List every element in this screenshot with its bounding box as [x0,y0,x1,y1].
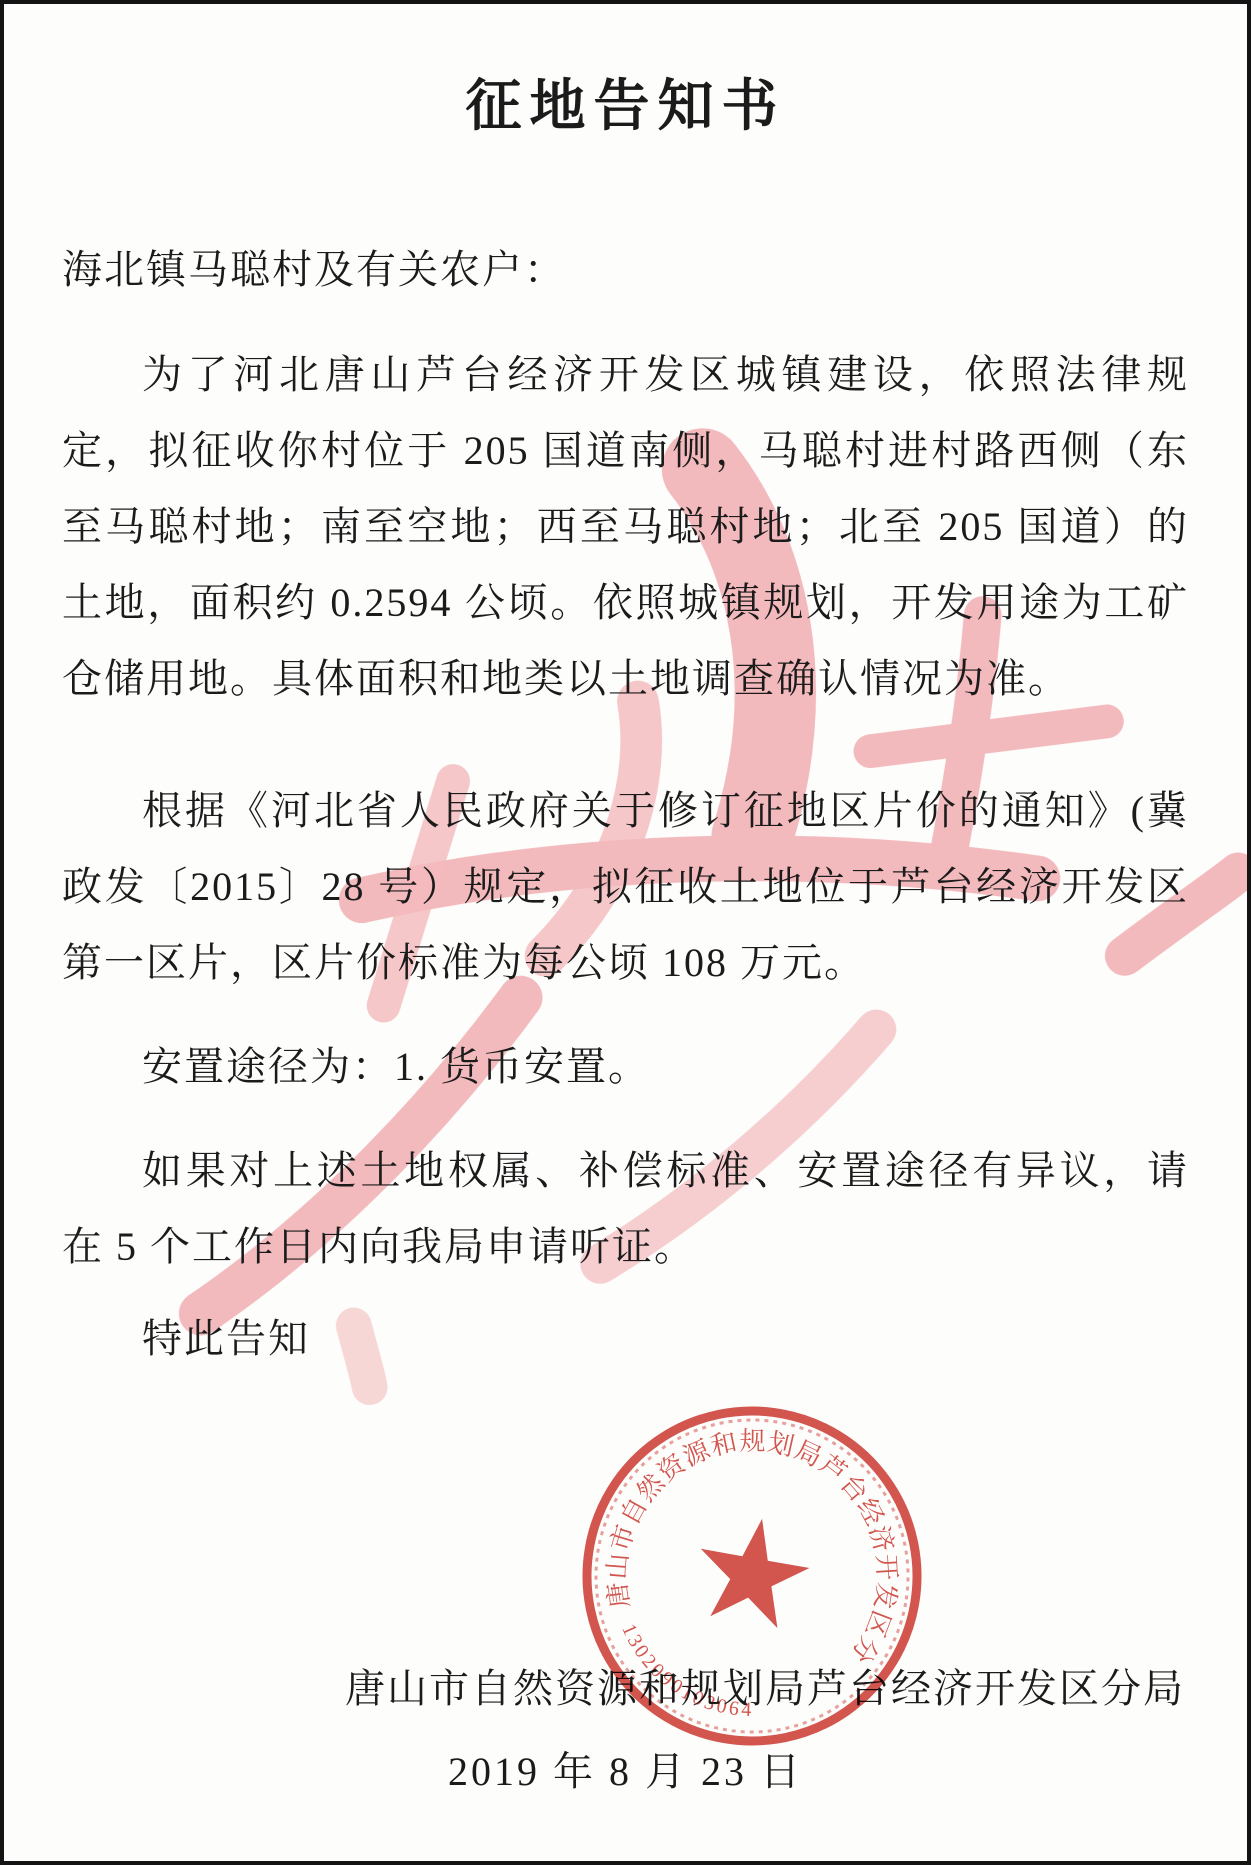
paragraph-land-description: 为了河北唐山芦台经济开发区城镇建设，依照法律规定，拟征收你村位于 205 国道南… [62,337,1189,717]
issue-date: 2019 年 8 月 23 日 [62,1740,1189,1797]
paragraph-hearing-rights: 如果对上述土地权属、补偿标准、安置途径有异议，请在 5 个工作日内向我局申请听证… [62,1133,1189,1285]
addressee-line: 海北镇马聪村及有关农户： [62,238,1189,295]
paragraph-resettlement: 安置途径为：1. 货币安置。 [62,1029,1189,1105]
scanned-document-page: 征地告知书 海北镇马聪村及有关农户： 为了河北唐山芦台经济开发区城镇建设，依照法… [0,0,1251,1865]
paragraph-compensation-standard: 根据《河北省人民政府关于修订征地区片价的通知》(冀政发〔2015〕28 号）规定… [62,773,1189,1001]
document-content: 征地告知书 海北镇马聪村及有关农户： 为了河北唐山芦台经济开发区城镇建设，依照法… [4,4,1247,1861]
issuer-signature: 唐山市自然资源和规划局芦台经济开发区分局 [62,1657,1189,1714]
document-title: 征地告知书 [62,62,1189,142]
paragraph-closing: 特此告知 [62,1301,1189,1377]
